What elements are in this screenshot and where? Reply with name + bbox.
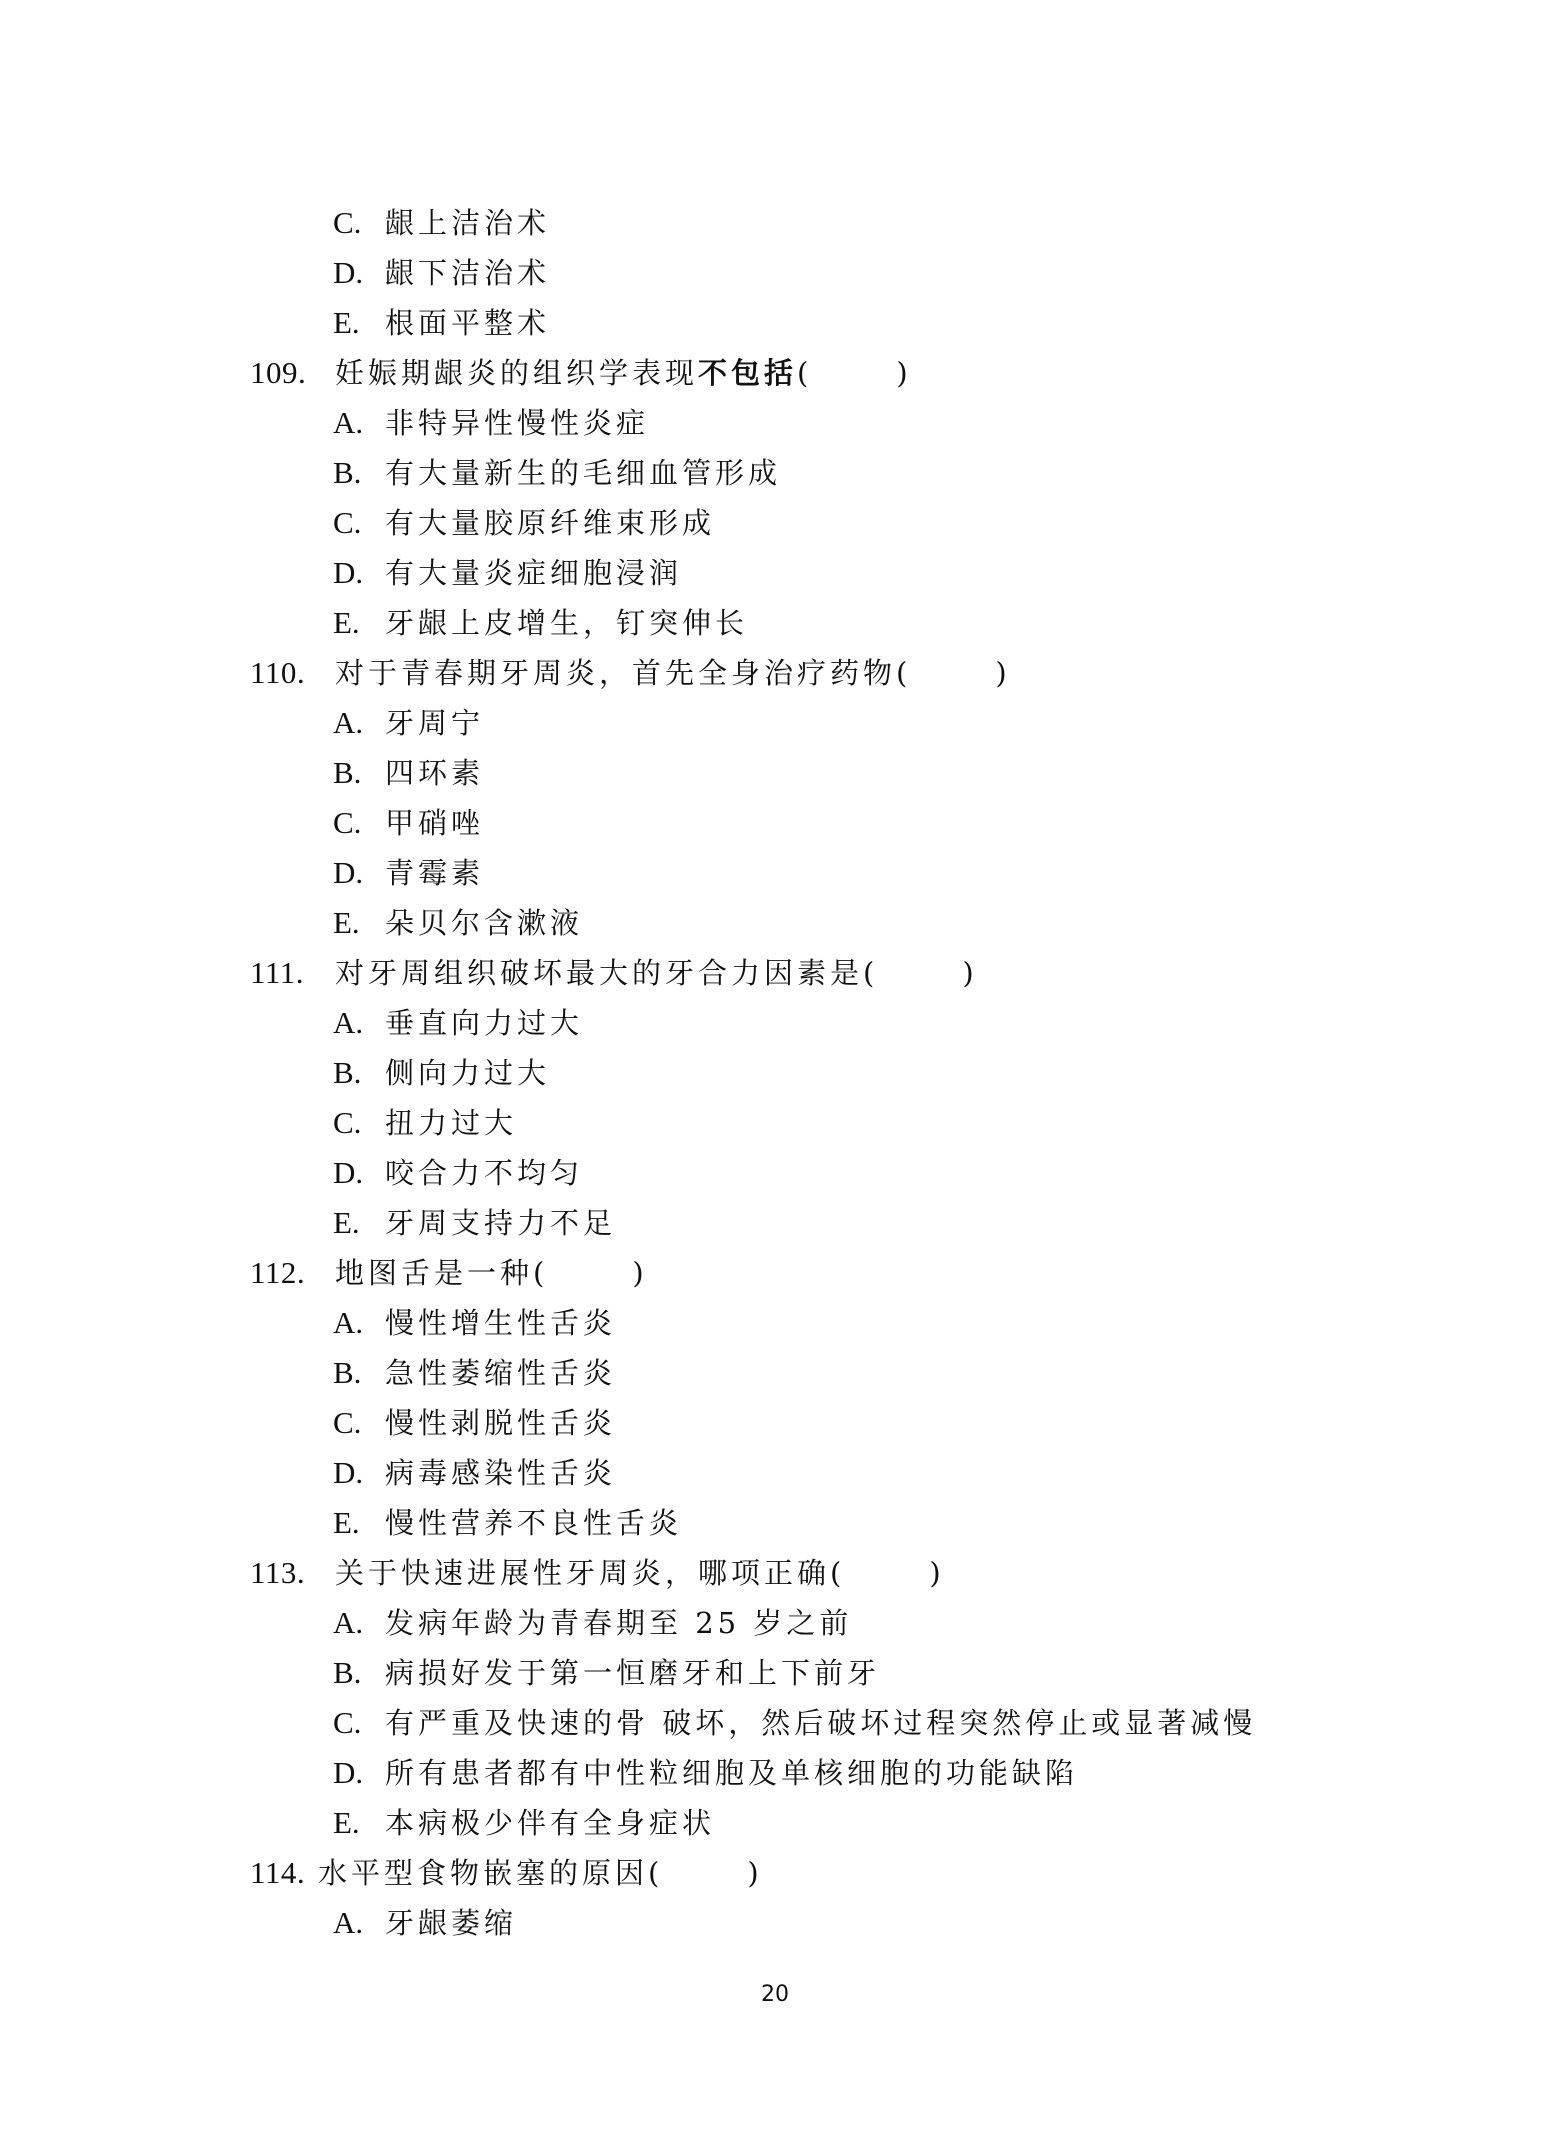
option-line: A.牙周宁 (0, 698, 1550, 748)
option-line: C.有严重及快速的骨 破坏，然后破坏过程突然停止或显著减慢 (0, 1698, 1550, 1748)
option-letter: B. (333, 448, 361, 498)
blank-close-paren: ) (632, 1256, 643, 1290)
option-text: 慢性增生性舌炎 (385, 1298, 616, 1348)
option-line: D.有大量炎症细胞浸润 (0, 548, 1550, 598)
option-letter: E. (333, 1198, 360, 1248)
option-text: 牙周宁 (385, 698, 484, 748)
option-letter: E. (333, 298, 360, 348)
answer-blank: () (533, 1248, 644, 1298)
option-letter: D. (333, 1448, 363, 1498)
option-text: 慢性剥脱性舌炎 (385, 1398, 616, 1448)
option-letter: B. (333, 1048, 361, 1098)
question-number: 110. (250, 648, 305, 698)
option-line: D.青霉素 (0, 848, 1550, 898)
option-letter: C. (333, 1698, 361, 1748)
question-number: 109. (250, 348, 306, 398)
option-letter: C. (333, 798, 361, 848)
option-text: 牙龈上皮增生，钉突伸长 (385, 598, 748, 648)
question-text: 关于快速进展性牙周炎，哪项正确() (335, 1548, 941, 1598)
blank-close-paren: ) (929, 1556, 940, 1590)
option-line: D.所有患者都有中性粒细胞及单核细胞的功能缺陷 (0, 1748, 1550, 1798)
blank-open-paren: ( (863, 956, 874, 990)
answer-blank: () (830, 1548, 941, 1598)
question-stem-112: 112. 地图舌是一种() (0, 1248, 1550, 1298)
option-text: 朵贝尔含漱液 (385, 898, 583, 948)
option-line: C.有大量胶原纤维束形成 (0, 498, 1550, 548)
option-text: 慢性营养不良性舌炎 (385, 1498, 682, 1548)
option-text: 病毒感染性舌炎 (385, 1448, 616, 1498)
option-letter: B. (333, 1348, 361, 1398)
option-text: 急性萎缩性舌炎 (385, 1348, 616, 1398)
option-text: 咬合力不均匀 (385, 1148, 583, 1198)
option-letter: E. (333, 598, 360, 648)
question-emphasis: 不包括 (698, 356, 797, 390)
option-line: D. 龈下洁治术 (0, 248, 1550, 298)
option-line: A.垂直向力过大 (0, 998, 1550, 1048)
option-text: 有大量胶原纤维束形成 (385, 498, 715, 548)
question-stem-text: 对于青春期牙周炎，首先全身治疗药物 (335, 656, 896, 690)
question-stem-110: 110. 对于青春期牙周炎，首先全身治疗药物() (0, 648, 1550, 698)
option-text: 本病极少伴有全身症状 (385, 1798, 715, 1848)
option-line: B.病损好发于第一恒磨牙和上下前牙 (0, 1648, 1550, 1698)
option-letter: C. (333, 1398, 361, 1448)
option-letter: A. (333, 698, 363, 748)
blank-open-paren: ( (533, 1256, 544, 1290)
option-letter: E. (333, 898, 360, 948)
option-text: 侧向力过大 (385, 1048, 550, 1098)
option-line: D.咬合力不均匀 (0, 1148, 1550, 1198)
option-line: C. 龈上洁治术 (0, 198, 1550, 248)
option-line: E.本病极少伴有全身症状 (0, 1798, 1550, 1848)
option-line: B.急性萎缩性舌炎 (0, 1348, 1550, 1398)
question-stem-text: 水平型食物嵌塞的原因 (318, 1856, 648, 1890)
option-line: C.慢性剥脱性舌炎 (0, 1398, 1550, 1448)
option-text: 发病年龄为青春期至 25 岁之前 (385, 1598, 852, 1648)
option-text: 牙周支持力不足 (385, 1198, 616, 1248)
question-number: 111. (250, 948, 304, 998)
option-letter: A. (333, 998, 363, 1048)
option-letter: D. (333, 248, 363, 298)
option-line: E. 根面平整术 (0, 298, 1550, 348)
question-number: 114. (250, 1848, 305, 1898)
question-stem-114: 114. 水平型食物嵌塞的原因() (0, 1848, 1550, 1898)
option-text: 龈上洁治术 (385, 198, 550, 248)
blank-close-paren: ) (896, 356, 907, 390)
option-letter: C. (333, 1098, 361, 1148)
question-text: 水平型食物嵌塞的原因() (318, 1848, 759, 1898)
blank-close-paren: ) (962, 956, 973, 990)
option-letter: D. (333, 1748, 363, 1798)
document-page: C. 龈上洁治术 D. 龈下洁治术 E. 根面平整术 109. 妊娠期龈炎的组织… (0, 0, 1550, 2150)
option-line: C.扭力过大 (0, 1098, 1550, 1148)
option-letter: D. (333, 848, 363, 898)
option-text: 牙龈萎缩 (385, 1898, 517, 1948)
blank-open-paren: ( (830, 1556, 841, 1590)
question-number: 113. (250, 1548, 305, 1598)
blank-open-paren: ( (648, 1856, 659, 1890)
option-text: 非特异性慢性炎症 (385, 398, 649, 448)
answer-blank: () (648, 1848, 759, 1898)
question-stem-111: 111. 对牙周组织破坏最大的牙合力因素是() (0, 948, 1550, 998)
option-line: C.甲硝唑 (0, 798, 1550, 848)
option-line: B.侧向力过大 (0, 1048, 1550, 1098)
option-letter: A. (333, 1598, 363, 1648)
option-line: E.牙周支持力不足 (0, 1198, 1550, 1248)
option-text: 有大量炎症细胞浸润 (385, 548, 682, 598)
option-line: D.病毒感染性舌炎 (0, 1448, 1550, 1498)
option-letter: C. (333, 498, 361, 548)
option-letter: B. (333, 1648, 361, 1698)
option-letter: E. (333, 1798, 360, 1848)
answer-blank: () (797, 348, 908, 398)
question-text: 地图舌是一种() (335, 1248, 644, 1298)
option-letter: A. (333, 1898, 363, 1948)
option-line: A.慢性增生性舌炎 (0, 1298, 1550, 1348)
option-letter: E. (333, 1498, 360, 1548)
blank-open-paren: ( (896, 656, 907, 690)
blank-open-paren: ( (797, 356, 808, 390)
question-list: C. 龈上洁治术 D. 龈下洁治术 E. 根面平整术 109. 妊娠期龈炎的组织… (0, 198, 1550, 1948)
option-line: B.有大量新生的毛细血管形成 (0, 448, 1550, 498)
question-stem-text: 关于快速进展性牙周炎，哪项正确 (335, 1556, 830, 1590)
answer-blank: () (863, 948, 974, 998)
option-letter: A. (333, 1298, 363, 1348)
option-text: 病损好发于第一恒磨牙和上下前牙 (385, 1648, 880, 1698)
question-stem-text: 对牙周组织破坏最大的牙合力因素是 (335, 956, 863, 990)
answer-blank: () (896, 648, 1007, 698)
option-text: 青霉素 (385, 848, 484, 898)
question-number: 112. (250, 1248, 305, 1298)
option-text: 甲硝唑 (385, 798, 484, 848)
option-letter: D. (333, 1148, 363, 1198)
question-text: 妊娠期龈炎的组织学表现不包括() (335, 348, 908, 398)
option-line: E.慢性营养不良性舌炎 (0, 1498, 1550, 1548)
option-text: 四环素 (385, 748, 484, 798)
option-letter: A. (333, 398, 363, 448)
blank-close-paren: ) (995, 656, 1006, 690)
option-line: A.非特异性慢性炎症 (0, 398, 1550, 448)
option-line: E.牙龈上皮增生，钉突伸长 (0, 598, 1550, 648)
question-stem-109: 109. 妊娠期龈炎的组织学表现不包括() (0, 348, 1550, 398)
option-text: 扭力过大 (385, 1098, 517, 1148)
question-text: 对于青春期牙周炎，首先全身治疗药物() (335, 648, 1007, 698)
option-text: 有大量新生的毛细血管形成 (385, 448, 781, 498)
question-stem-113: 113. 关于快速进展性牙周炎，哪项正确() (0, 1548, 1550, 1598)
option-text: 所有患者都有中性粒细胞及单核细胞的功能缺陷 (385, 1748, 1078, 1798)
option-text: 垂直向力过大 (385, 998, 583, 1048)
option-letter: B. (333, 748, 361, 798)
option-line: E.朵贝尔含漱液 (0, 898, 1550, 948)
question-text: 对牙周组织破坏最大的牙合力因素是() (335, 948, 974, 998)
page-number: 20 (0, 1982, 1550, 2007)
option-line: A.牙龈萎缩 (0, 1898, 1550, 1948)
option-text: 根面平整术 (385, 298, 550, 348)
option-text: 龈下洁治术 (385, 248, 550, 298)
blank-close-paren: ) (747, 1856, 758, 1890)
option-letter: D. (333, 548, 363, 598)
option-text: 有严重及快速的骨 破坏，然后破坏过程突然停止或显著减慢 (385, 1698, 1256, 1748)
option-line: B.四环素 (0, 748, 1550, 798)
option-line: A.发病年龄为青春期至 25 岁之前 (0, 1598, 1550, 1648)
option-letter: C. (333, 198, 361, 248)
question-stem-text: 妊娠期龈炎的组织学表现 (335, 356, 698, 390)
question-stem-text: 地图舌是一种 (335, 1256, 533, 1290)
